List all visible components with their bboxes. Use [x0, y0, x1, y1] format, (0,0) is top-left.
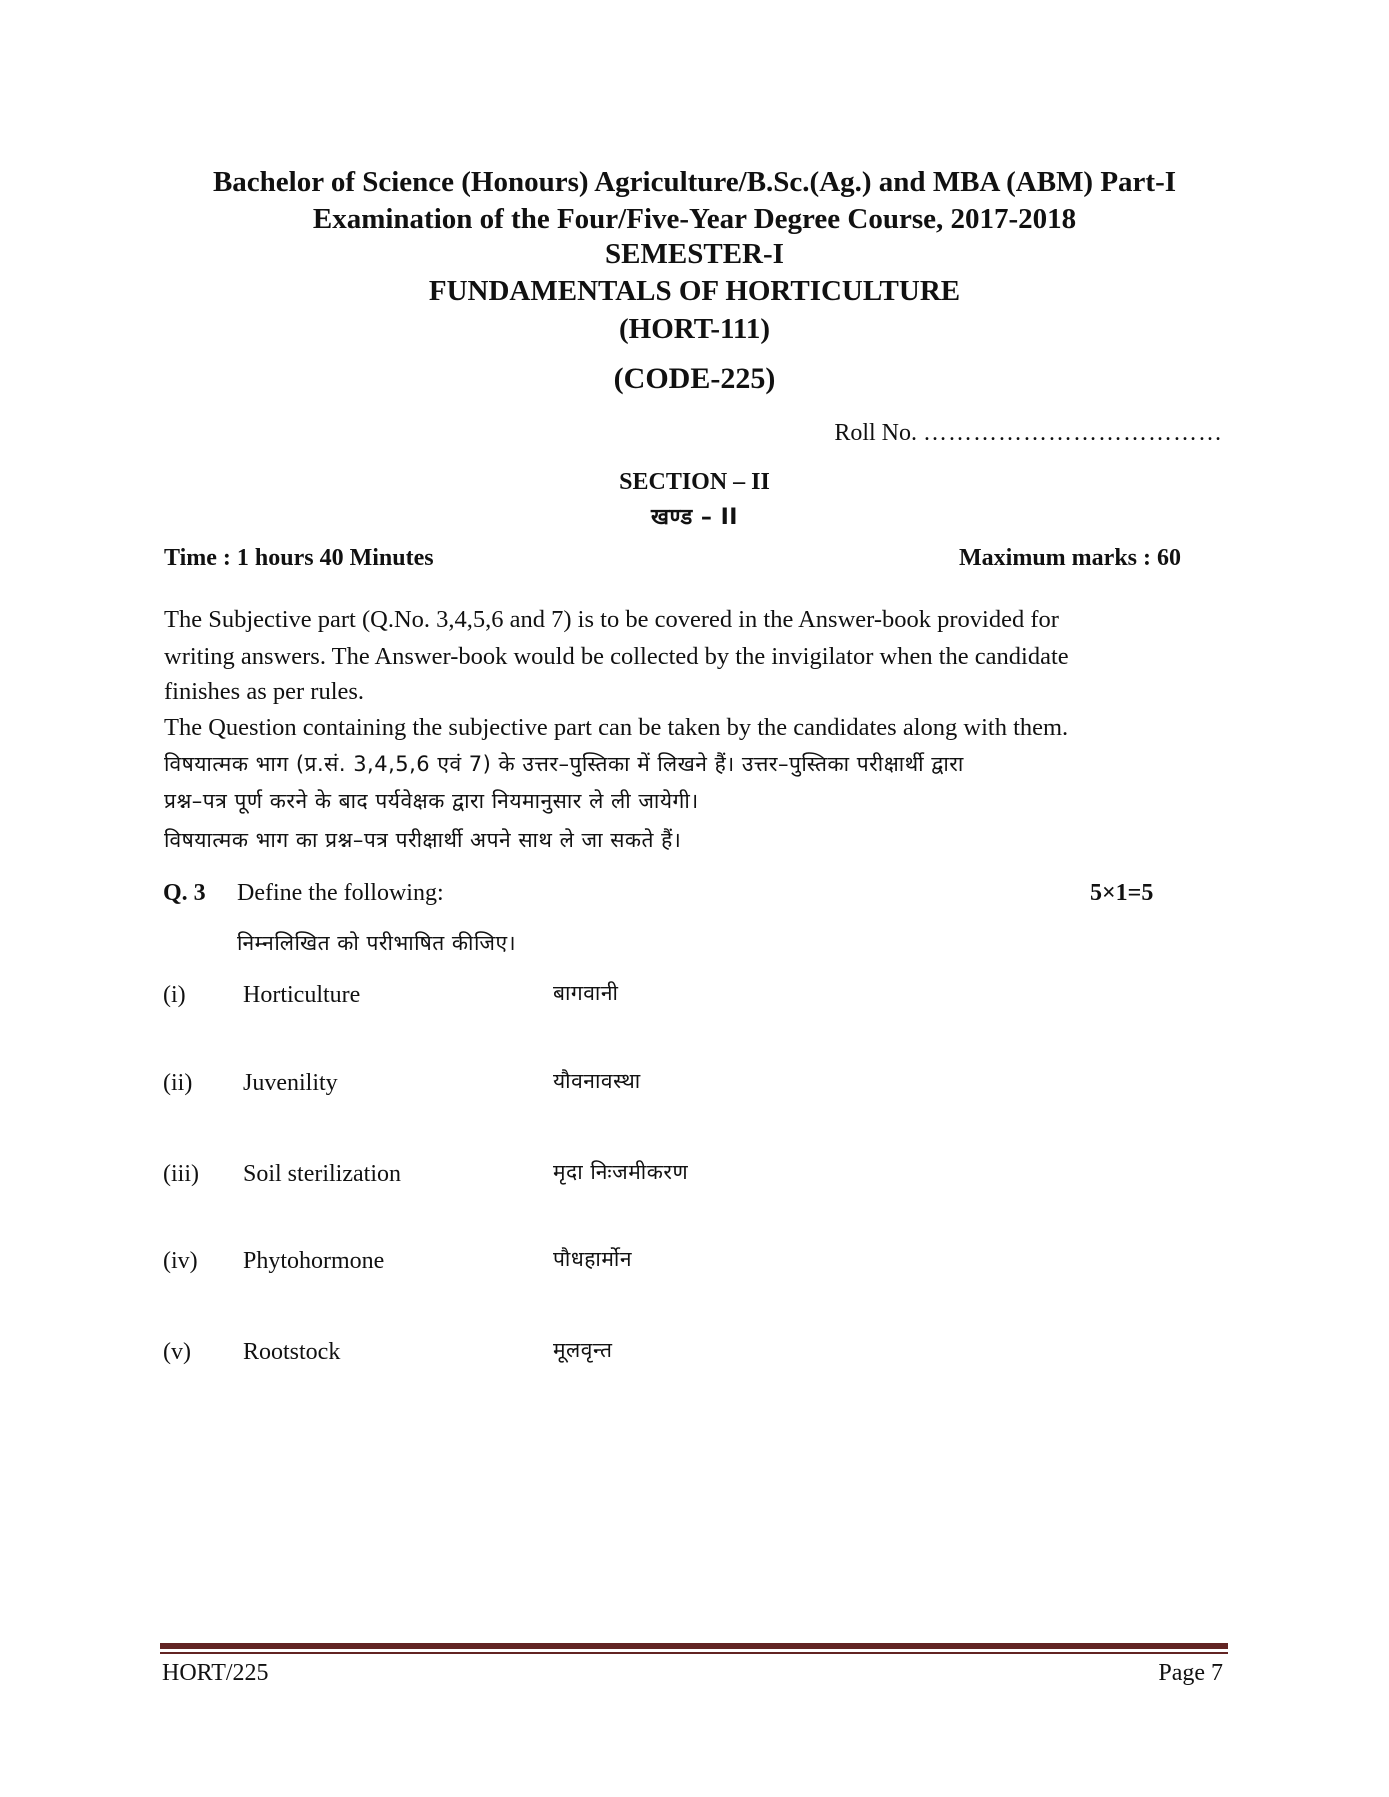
item-numeral: (i) — [163, 980, 186, 1010]
title-semester: SEMESTER-I — [0, 236, 1389, 272]
roll-no-label: Roll No. — [834, 420, 917, 446]
title-degree-line: Bachelor of Science (Honours) Agricultur… — [0, 164, 1389, 200]
roll-no-field: Roll No. ……………………………… — [834, 418, 1223, 448]
instruction-line-hindi: विषयात्मक भाग (प्र.सं. 3,4,5,6 एवं 7) के… — [164, 749, 964, 779]
instruction-line: The Subjective part (Q.No. 3,4,5,6 and 7… — [164, 605, 1059, 635]
footer-rule — [160, 1643, 1228, 1649]
title-exam-line: Examination of the Four/Five-Year Degree… — [0, 201, 1389, 237]
item-term-hindi: मूलवृन्त — [553, 1335, 612, 1365]
item-term: Horticulture — [243, 980, 360, 1010]
item-numeral: (iii) — [163, 1159, 199, 1189]
item-term-hindi: यौवनावस्था — [553, 1066, 641, 1096]
max-marks: Maximum marks : 60 — [959, 543, 1181, 573]
item-numeral: (ii) — [163, 1068, 192, 1098]
item-term: Rootstock — [243, 1337, 340, 1367]
instruction-line: finishes as per rules. — [164, 677, 364, 707]
item-term: Phytohormone — [243, 1246, 384, 1276]
exam-time: Time : 1 hours 40 Minutes — [164, 543, 434, 573]
item-term-hindi: पौधहार्मोन — [553, 1244, 632, 1274]
question-marks: 5×1=5 — [1090, 878, 1153, 908]
question-prompt: Define the following: — [237, 878, 444, 908]
instruction-line-hindi: विषयात्मक भाग का प्रश्न–पत्र परीक्षार्थी… — [164, 825, 681, 855]
section-heading-hindi: खण्ड – II — [0, 503, 1389, 533]
title-subject: FUNDAMENTALS OF HORTICULTURE — [0, 273, 1389, 309]
roll-no-blank: ……………………………… — [923, 420, 1223, 446]
item-term: Juvenility — [243, 1068, 338, 1098]
footer-rule-thin — [160, 1652, 1228, 1654]
paper-code: (CODE-225) — [0, 359, 1389, 399]
section-heading-english: SECTION – II — [0, 466, 1389, 498]
title-course-code: (HORT-111) — [0, 311, 1389, 347]
item-term: Soil sterilization — [243, 1159, 401, 1189]
question-prompt-hindi: निम्नलिखित को परीभाषित कीजिए। — [237, 928, 516, 958]
instruction-line: The Question containing the subjective p… — [164, 713, 1068, 743]
question-number: Q. 3 — [163, 878, 206, 908]
page-number: Page 7 — [1158, 1658, 1223, 1688]
item-numeral: (v) — [163, 1337, 191, 1367]
item-term-hindi: बागवानी — [553, 978, 618, 1008]
item-term-hindi: मृदा निःजमीकरण — [553, 1157, 688, 1187]
instruction-line-hindi: प्रश्न–पत्र पूर्ण करने के बाद पर्यवेक्षक… — [164, 786, 699, 816]
instruction-line: writing answers. The Answer-book would b… — [164, 642, 1069, 672]
item-numeral: (iv) — [163, 1246, 198, 1276]
footer-paper-code: HORT/225 — [162, 1658, 269, 1688]
